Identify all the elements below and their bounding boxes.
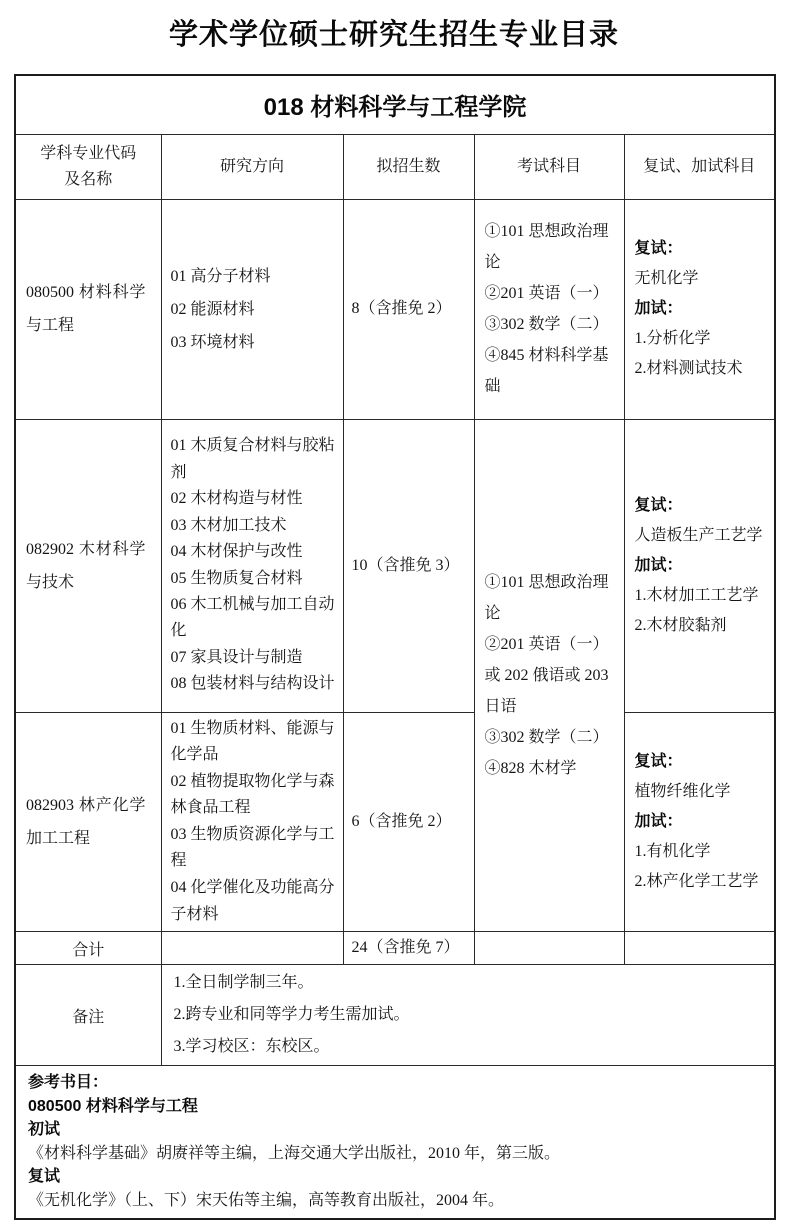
list-line: 复试： — [635, 234, 769, 264]
list-line: 加试： — [635, 807, 769, 837]
reference-books-cell: 参考书目：080500 材料科学与工程初试《材料科学基础》胡赓祥等主编，上海交通… — [15, 1066, 775, 1220]
list-line: 01 木质复合材料与胶粘剂 — [171, 433, 335, 486]
reference-books-row: 参考书目：080500 材料科学与工程初试《材料科学基础》胡赓祥等主编，上海交通… — [15, 1066, 775, 1220]
list-line: 1.有机化学 — [635, 837, 769, 867]
subject-code-cell: 082902 木材科学与技术 — [15, 419, 161, 712]
list-line: 《材料科学基础》胡赓祥等主编，上海交通大学出版社，2010 年，第三版。 — [28, 1142, 764, 1166]
research-directions-cell: 01 高分子材料02 能源材料03 环境材料 — [161, 199, 343, 419]
subject-code-cell: 082903 林产化学加工工程 — [15, 712, 161, 932]
list-line: ①101 思想政治理论 — [485, 567, 620, 629]
research-directions-cell: 01 木质复合材料与胶粘剂02 木材构造与材性03 木材加工技术04 木材保护与… — [161, 419, 343, 712]
column-header-retest-subjects: 复试、加试科目 — [624, 134, 775, 199]
list-line: 复试 — [28, 1165, 764, 1189]
program-row-082903: 082903 林产化学加工工程 01 生物质材料、能源与化学品02 植物提取物化… — [15, 712, 775, 932]
list-line: 03 环境材料 — [171, 326, 335, 359]
list-line: 01 高分子材料 — [171, 260, 335, 293]
column-header-exam-subjects: 考试科目 — [474, 134, 624, 199]
program-row-080500: 080500 材料科学与工程 01 高分子材料02 能源材料03 环境材料 8（… — [15, 199, 775, 419]
list-line: ④828 木材学 — [485, 753, 620, 784]
list-line: 02 植物提取物化学与森林食品工程 — [171, 769, 335, 822]
list-line: 人造板生产工艺学 — [635, 521, 769, 551]
list-line: 无机化学 — [635, 264, 769, 294]
list-line: 2.跨专业和同等学力考生需加试。 — [174, 999, 767, 1031]
list-line: 1.全日制学制三年。 — [174, 967, 767, 999]
total-label-cell: 合计 — [15, 932, 161, 965]
quota-cell: 6（含推免 2） — [343, 712, 474, 932]
exam-subjects-cell: ①101 思想政治理论②201 英语（一）③302 数学（二）④845 材料科学… — [474, 199, 624, 419]
list-line: 加试： — [635, 551, 769, 581]
list-line: 加试： — [635, 294, 769, 324]
retest-subjects-cell: 复试：植物纤维化学加试：1.有机化学2.林产化学工艺学 — [624, 712, 775, 932]
list-line: 02 能源材料 — [171, 293, 335, 326]
list-line: ①101 思想政治理论 — [485, 216, 620, 278]
list-line: 2.材料测试技术 — [635, 354, 769, 384]
list-line: ②201 英语（一） — [485, 278, 620, 309]
column-header-planned-enrollment: 拟招生数 — [343, 134, 474, 199]
page-title: 学术学位硕士研究生招生专业目录 — [0, 12, 788, 53]
total-empty-exam-cell — [474, 932, 624, 965]
notes-label-cell: 备注 — [15, 965, 161, 1066]
total-empty-retest-cell — [624, 932, 775, 965]
list-line: 3.学习校区：东校区。 — [174, 1031, 767, 1063]
quota-cell: 8（含推免 2） — [343, 199, 474, 419]
list-line: 04 化学催化及功能高分子材料 — [171, 875, 335, 928]
column-header-row: 学科专业代码 及名称 研究方向 拟招生数 考试科目 复试、加试科目 — [15, 134, 775, 199]
exam-subjects-cell-merged: ①101 思想政治理论②201 英语（一）或 202 俄语或 203 日语③30… — [474, 419, 624, 932]
total-empty-directions-cell — [161, 932, 343, 965]
total-quota-cell: 24（含推免 7） — [343, 932, 474, 965]
list-line: 2.木材胶黏剂 — [635, 611, 769, 641]
list-line: 01 生物质材料、能源与化学品 — [171, 716, 335, 769]
list-line: 1.分析化学 — [635, 324, 769, 354]
list-line: 02 木材构造与材性 — [171, 486, 335, 512]
retest-subjects-cell: 复试：无机化学加试：1.分析化学2.材料测试技术 — [624, 199, 775, 419]
list-line: 植物纤维化学 — [635, 777, 769, 807]
list-line: 初试 — [28, 1118, 764, 1142]
column-header-research-directions: 研究方向 — [161, 134, 343, 199]
list-line: 《无机化学》（上、下）宋天佑等主编，高等教育出版社，2004 年。 — [28, 1189, 764, 1213]
list-line: 03 生物质资源化学与工程 — [171, 822, 335, 875]
list-line: ③302 数学（二） — [485, 722, 620, 753]
college-header-row: 018 材料科学与工程学院 — [15, 75, 775, 134]
list-line: 03 木材加工技术 — [171, 513, 335, 539]
column-header-subject-code: 学科专业代码 及名称 — [15, 134, 161, 199]
list-line: 复试： — [635, 747, 769, 777]
program-row-082902: 082902 木材科学与技术 01 木质复合材料与胶粘剂02 木材构造与材性03… — [15, 419, 775, 712]
list-line: 05 生物质复合材料 — [171, 566, 335, 592]
list-line: 08 包装材料与结构设计 — [171, 671, 335, 697]
college-header-cell: 018 材料科学与工程学院 — [15, 75, 775, 134]
list-line: 07 家具设计与制造 — [171, 645, 335, 671]
list-line: 04 木材保护与改性 — [171, 539, 335, 565]
total-row: 合计 24（含推免 7） — [15, 932, 775, 965]
list-line: 2.林产化学工艺学 — [635, 867, 769, 897]
notes-row: 备注 1.全日制学制三年。2.跨专业和同等学力考生需加试。3.学习校区：东校区。 — [15, 965, 775, 1066]
quota-cell: 10（含推免 3） — [343, 419, 474, 712]
admission-catalog-table: 018 材料科学与工程学院 学科专业代码 及名称 研究方向 拟招生数 考试科目 … — [14, 74, 776, 1220]
list-line: 06 木工机械与加工自动化 — [171, 592, 335, 645]
list-line: 1.木材加工工艺学 — [635, 581, 769, 611]
list-line: ②201 英语（一）或 202 俄语或 203 日语 — [485, 629, 620, 722]
list-line: 080500 材料科学与工程 — [28, 1095, 764, 1119]
subject-code-cell: 080500 材料科学与工程 — [15, 199, 161, 419]
notes-content-cell: 1.全日制学制三年。2.跨专业和同等学力考生需加试。3.学习校区：东校区。 — [161, 965, 775, 1066]
list-line: ④845 材料科学基础 — [485, 340, 620, 402]
list-line: 复试： — [635, 491, 769, 521]
research-directions-cell: 01 生物质材料、能源与化学品02 植物提取物化学与森林食品工程03 生物质资源… — [161, 712, 343, 932]
list-line: ③302 数学（二） — [485, 309, 620, 340]
list-line: 参考书目： — [28, 1071, 764, 1095]
retest-subjects-cell: 复试：人造板生产工艺学加试：1.木材加工工艺学2.木材胶黏剂 — [624, 419, 775, 712]
